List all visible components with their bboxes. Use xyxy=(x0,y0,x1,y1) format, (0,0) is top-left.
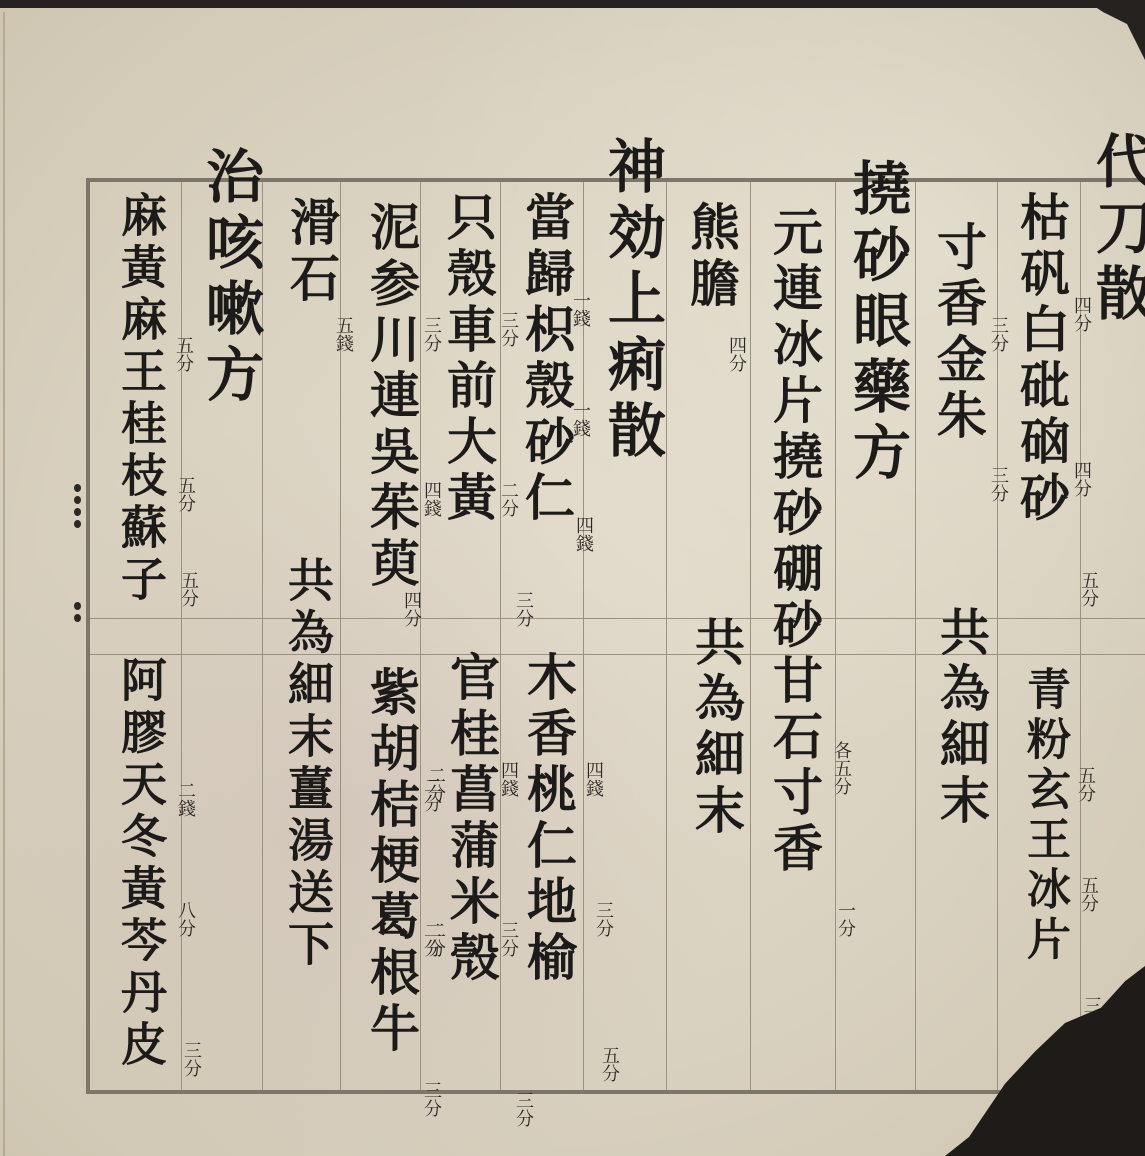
ingredient-column: 木香桃仁地榆 xyxy=(512,651,584,987)
instruction-column: 共為細末 xyxy=(925,606,997,830)
dosage-note: 二分 xyxy=(495,481,521,517)
instruction-column: 共為細末薑湯送下 xyxy=(275,556,341,972)
dosage-note: 五分 xyxy=(170,336,196,372)
dosage-note: 四錢 xyxy=(418,481,444,517)
recipe-title-shenxiao-shangli-san: 神効上痢散 xyxy=(590,136,674,466)
dosage-note: 八分 xyxy=(172,901,198,937)
dosage-note: 四分 xyxy=(723,336,749,372)
margin-ink-dots xyxy=(74,484,82,532)
dosage-note: 各五分 xyxy=(828,741,854,795)
binding-edge xyxy=(3,12,5,1156)
dosage-note: 五分 xyxy=(1075,876,1101,912)
dosage-note: 一錢 xyxy=(567,291,593,327)
dosage-note: 四分 xyxy=(1068,296,1094,332)
dosage-note: 三分 xyxy=(495,921,521,957)
ingredient-column: 阿膠天冬黃芩丹皮 xyxy=(108,656,174,1072)
ingredient-column: 當歸枳殼砂仁 xyxy=(510,191,582,527)
dosage-note: 五分 xyxy=(596,1046,622,1082)
dosage-note: 五分 xyxy=(1072,766,1098,802)
dosage-note: 三分 xyxy=(985,316,1011,352)
dosage-note: 四錢 xyxy=(495,761,521,797)
ingredient-column: 泥参川連吳茱萸 xyxy=(355,201,427,593)
dosage-note: 二錢 xyxy=(172,781,198,817)
dosage-note: 四分 xyxy=(1068,461,1094,497)
dosage-note: 二分 xyxy=(418,776,444,812)
ingredient-column: 滑石 xyxy=(275,196,347,308)
ingredient-column: 寸香金朱 xyxy=(922,221,994,445)
dosage-note: 三分 xyxy=(985,466,1011,502)
dosage-note: 二分 xyxy=(418,921,444,957)
manuscript-page: 代刀散 枯矾白砒硇砂 四分 四分 五分 青粉玄王冰片 五分 五分 三分 寸香金朱… xyxy=(0,6,1145,1156)
dosage-note: 五分 xyxy=(175,571,201,607)
ingredient-column: 青粉玄王冰片 xyxy=(1012,666,1076,966)
ingredient-column: 熊膽 xyxy=(675,201,747,313)
dosage-note: 三分 xyxy=(510,1091,536,1127)
dosage-note: 一分 xyxy=(832,901,858,937)
ingredient-column: 麻黃麻王桂枝蘇子 xyxy=(108,191,174,607)
dosage-note: 五分 xyxy=(172,476,198,512)
recipe-title-naosha-yanyao: 撓砂眼藥方 xyxy=(835,158,919,488)
dosage-note: 三分 xyxy=(510,591,536,627)
ingredient-column: 只殼車前大黃 xyxy=(432,191,504,527)
dosage-note: 一錢 xyxy=(567,401,593,437)
recipe-title-zhi-kesou: 治咳嗽方 xyxy=(188,146,272,410)
dosage-note: 三分 xyxy=(178,1041,204,1077)
dosage-note: 四錢 xyxy=(570,516,596,552)
instruction-column: 共為細末 xyxy=(680,616,752,840)
grid-column-line xyxy=(181,182,182,1090)
dosage-note: 三分 xyxy=(590,901,616,937)
dosage-note: 五分 xyxy=(1075,571,1101,607)
ingredient-column: 元連冰片撓砂硼砂甘石寸香 xyxy=(758,206,830,878)
dosage-note: 五錢 xyxy=(330,316,356,352)
margin-ink-dots xyxy=(74,602,82,626)
ingredient-column: 紫胡桔梗葛根牛 xyxy=(355,666,427,1058)
dosage-note: 三分 xyxy=(495,311,521,347)
dosage-note: 三分 xyxy=(418,1081,444,1117)
ingredient-column: 枯矾白砒硇砂 xyxy=(1005,191,1077,527)
scan-top-edge xyxy=(0,0,1145,8)
dosage-note: 四分 xyxy=(398,591,424,627)
dosage-note: 三分 xyxy=(418,316,444,352)
dosage-note: 四錢 xyxy=(580,761,606,797)
